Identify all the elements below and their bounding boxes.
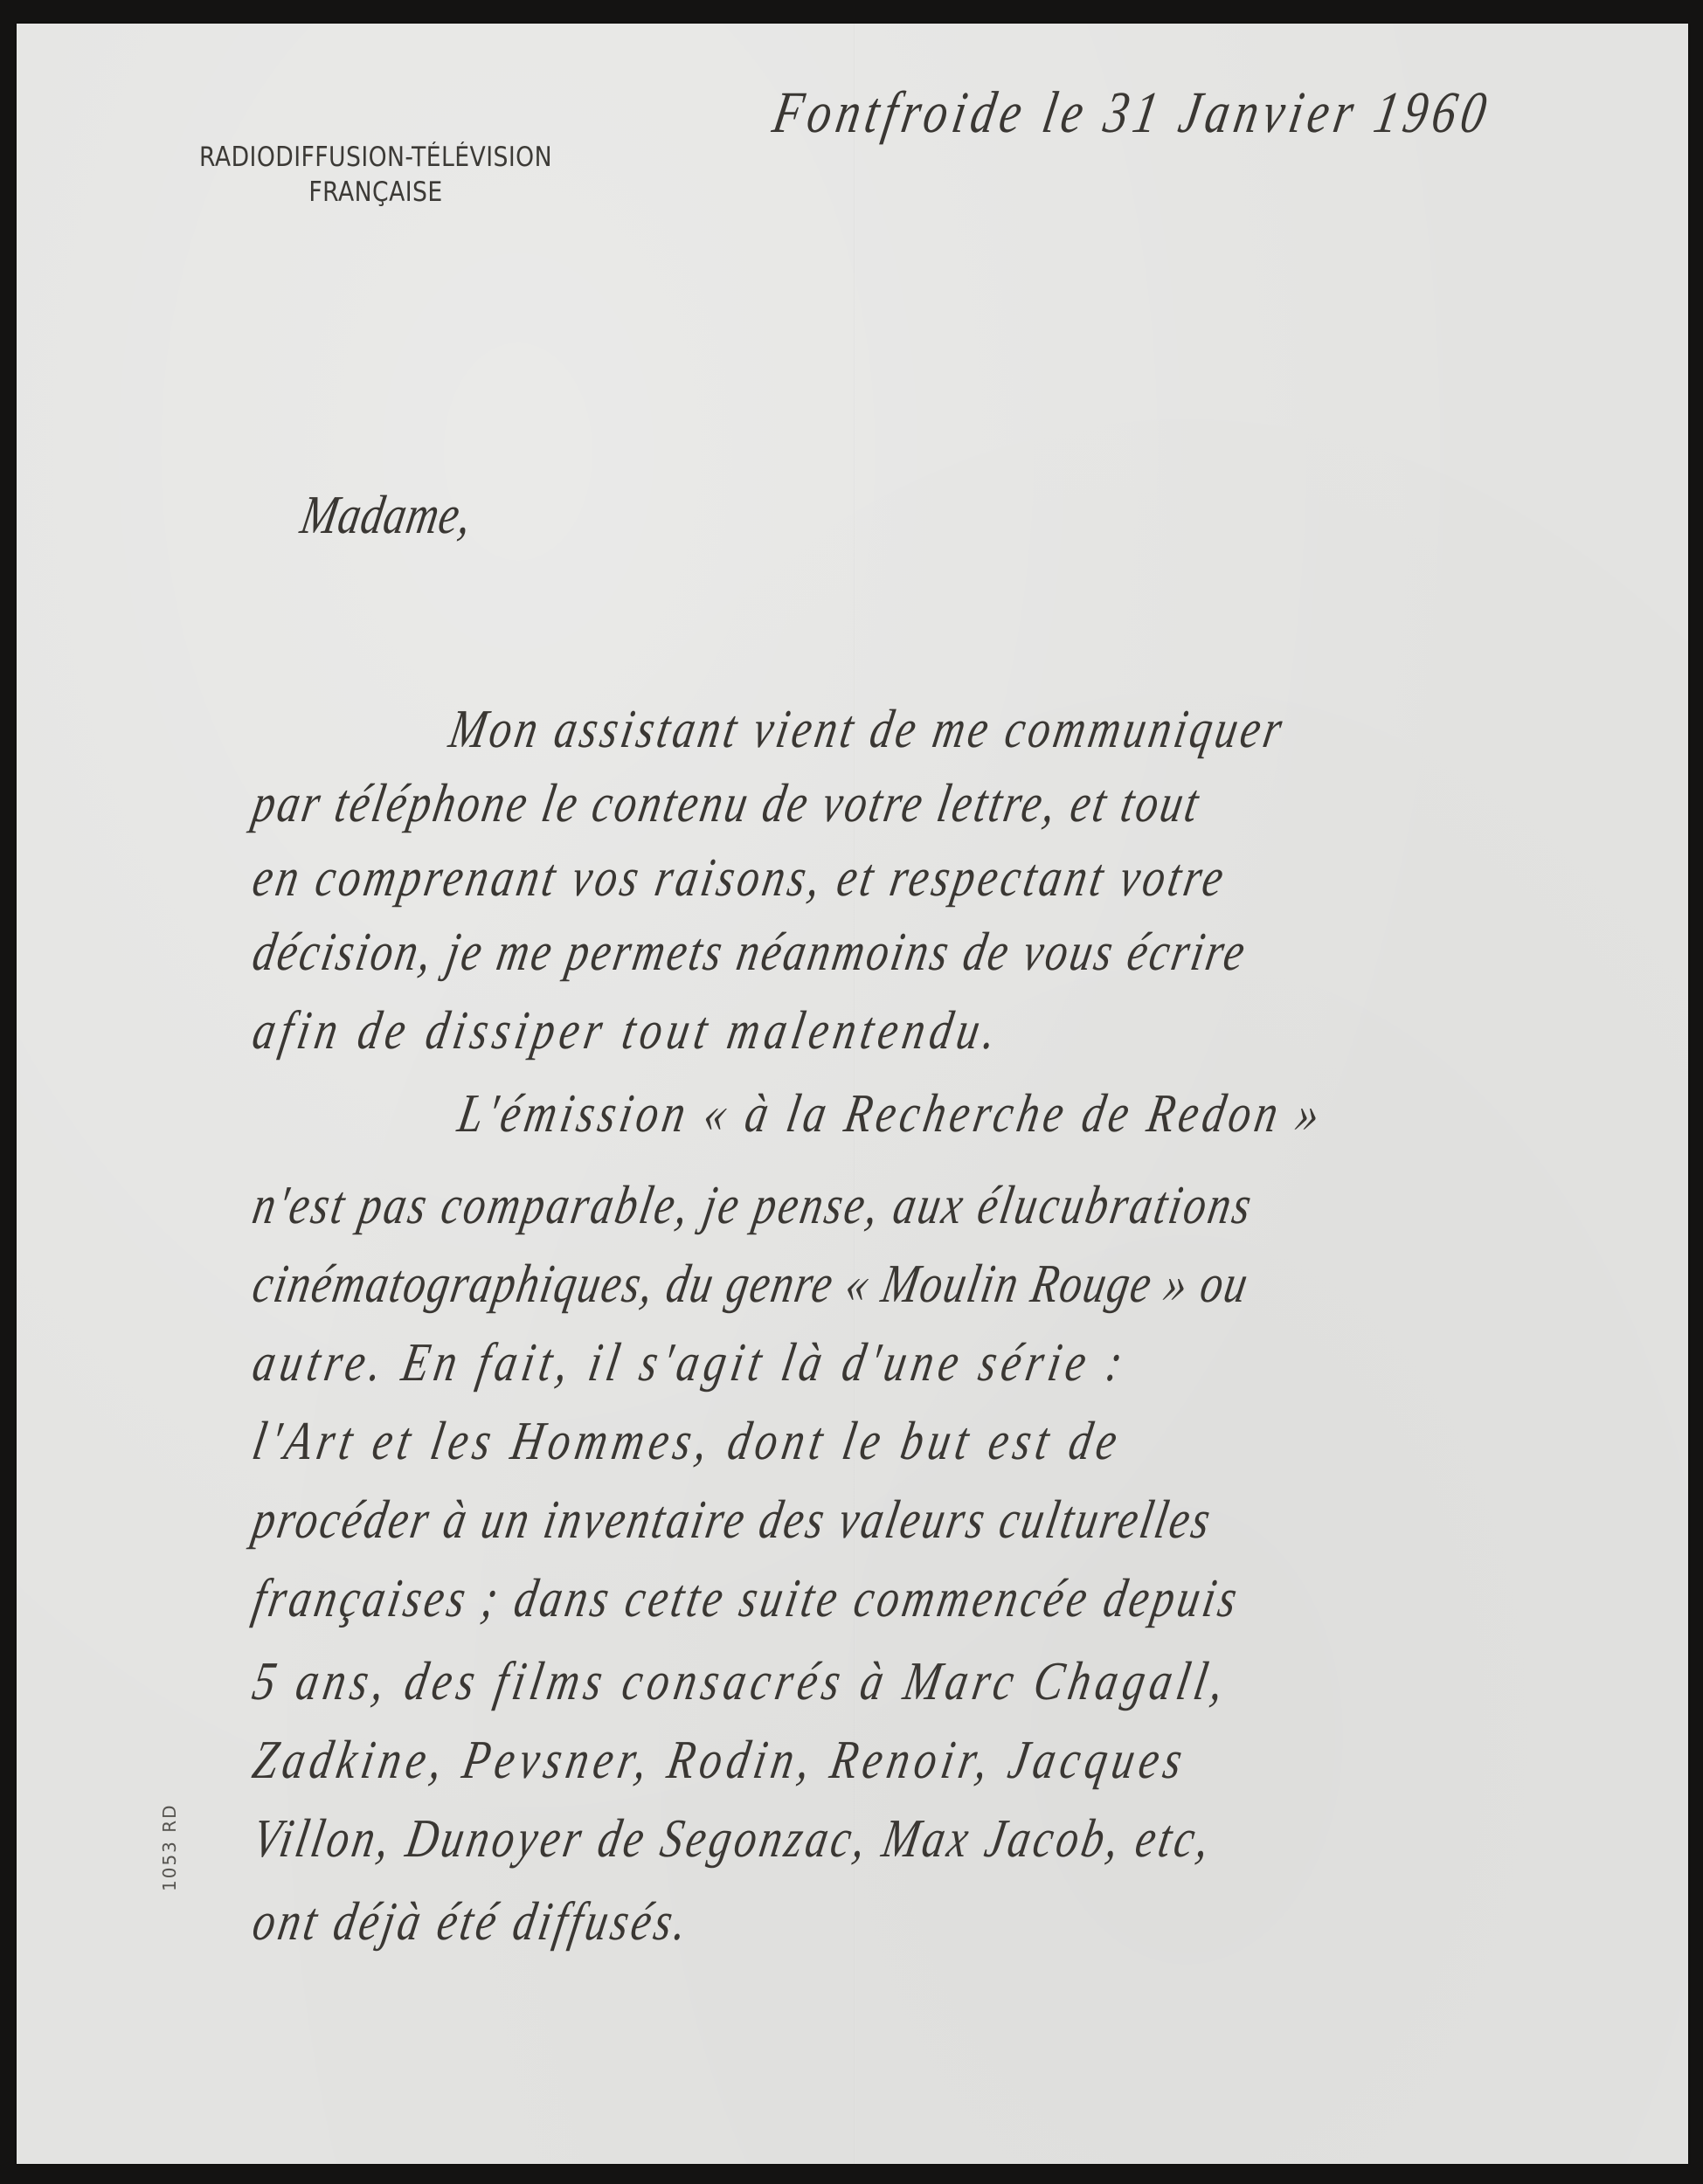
body-line-5: afin de dissiper tout malentendu. xyxy=(249,1003,1006,1058)
letterhead: RADIODIFFUSION-TÉLÉVISION FRANÇAISE xyxy=(165,140,586,210)
body-line-11: procéder à un inventaire des valeurs cul… xyxy=(249,1492,1217,1547)
body-line-13: 5 ans, des films consacrés à Marc Chagal… xyxy=(249,1654,1233,1709)
letterhead-line-2: FRANÇAISE xyxy=(165,175,586,210)
body-line-6: L'émission « à la Recherche de Redon » xyxy=(454,1086,1328,1141)
letterhead-line-1: RADIODIFFUSION-TÉLÉVISION xyxy=(165,140,586,175)
body-line-16: ont déjà été diffusés. xyxy=(249,1894,695,1949)
body-line-3: en comprenant vos raisons, et respectant… xyxy=(249,850,1231,905)
body-line-2: par téléphone le contenu de votre lettre… xyxy=(249,776,1205,831)
body-line-9: autre. En fait, il s'agit là d'une série… xyxy=(249,1335,1132,1390)
body-line-1: Mon assistant vient de me communiquer xyxy=(446,702,1290,757)
body-line-8: cinématographiques, du genre « Moulin Ro… xyxy=(249,1256,1253,1311)
body-line-12: françaises ; dans cette suite commencée … xyxy=(249,1571,1244,1626)
body-line-15: Villon, Dunoyer de Segonzac, Max Jacob, … xyxy=(249,1811,1217,1866)
margin-reference-code: 1053 RD xyxy=(159,1787,180,1891)
body-line-4: décision, je me permets néanmoins de vou… xyxy=(249,924,1251,979)
salutation: Madame, xyxy=(297,487,476,543)
body-line-7: n'est pas comparable, je pense, aux éluc… xyxy=(249,1178,1258,1233)
body-line-14: Zadkine, Pevsner, Rodin, Renoir, Jacques xyxy=(249,1732,1192,1787)
body-line-10: l'Art et les Hommes, dont le but est de xyxy=(249,1413,1126,1469)
date-line: Fontfroide le 31 Janvier 1960 xyxy=(769,83,1496,142)
